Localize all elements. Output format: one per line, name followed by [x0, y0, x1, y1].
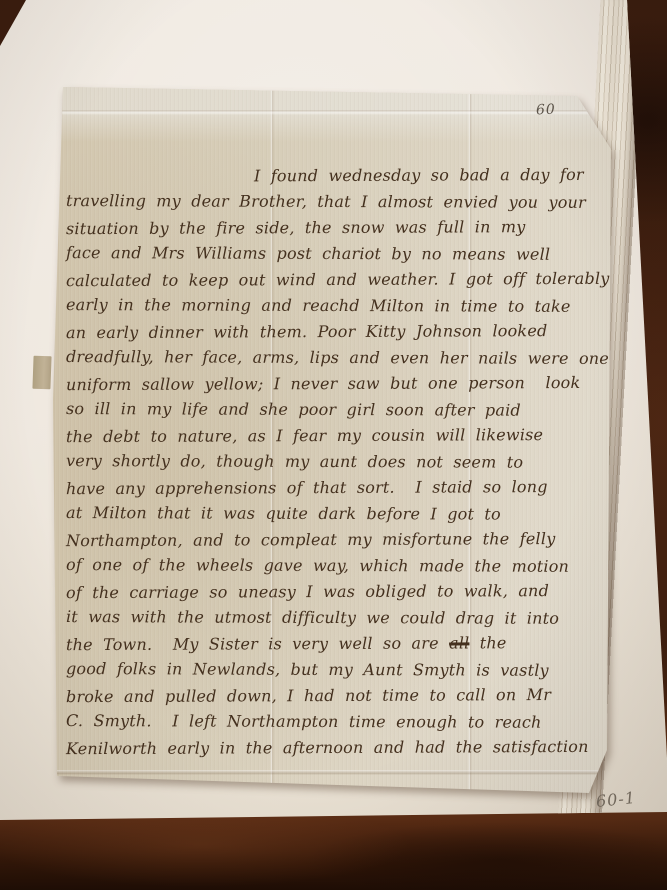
letter-line: Kenilworth early in the afternoon and ha… [66, 737, 606, 765]
letter-line: calculated to keep out wind and weather.… [66, 269, 606, 297]
page-number-pencil: 60 [536, 102, 556, 119]
letter-line: the debt to nature, as I fear my cousin … [66, 425, 606, 453]
letter-sheet: 60 I found wednesday so bad a day fortra… [50, 82, 612, 796]
letter-line: early in the morning and reachd Milton i… [66, 295, 606, 323]
letter-line: very shortly do, though my aunt does not… [66, 451, 606, 479]
letter-line: travelling my dear Brother, that I almos… [66, 191, 606, 219]
letter-line: of one of the wheels gave way, which mad… [66, 555, 606, 583]
letter-line: an early dinner with them. Poor Kitty Jo… [66, 321, 606, 349]
letter-line: have any apprehensions of that sort. I s… [66, 477, 606, 505]
fold-crease-horizontal-bottom [50, 770, 612, 775]
letter-body-text: I found wednesday so bad a day fortravel… [66, 166, 606, 764]
letter-line: of the carriage so uneasy I was obliged … [66, 581, 606, 609]
letter-line: dreadfully, her face, arms, lips and eve… [66, 347, 606, 375]
letter-line: good folks in Newlands, but my Aunt Smyt… [66, 659, 606, 687]
tape-remnant [32, 356, 51, 390]
letter-line: C. Smyth. I left Northampton time enough… [66, 711, 606, 739]
letter-line: situation by the fire side, the snow was… [66, 217, 606, 245]
manuscript-photo: 60-1 60 I found wednesday so bad a day f… [0, 0, 667, 890]
letter-line: at Milton that it was quite dark before … [66, 503, 606, 531]
letter-line: the Town. My Sister is very well so are … [66, 633, 606, 661]
letter-line: Northampton, and to compleat my misfortu… [66, 529, 606, 557]
letter-line: uniform sallow yellow; I never saw but o… [66, 373, 606, 401]
letter-line: face and Mrs Williams post chariot by no… [66, 243, 606, 271]
fold-crease-horizontal-top [50, 110, 612, 115]
letter-paper: 60 I found wednesday so bad a day fortra… [50, 82, 612, 796]
letter-line: broke and pulled down, I had not time to… [66, 685, 606, 713]
letter-line: it was with the utmost difficulty we cou… [66, 607, 606, 635]
letter-line: so ill in my life and she poor girl soon… [66, 399, 606, 427]
letter-line: I found wednesday so bad a day for [66, 165, 606, 193]
